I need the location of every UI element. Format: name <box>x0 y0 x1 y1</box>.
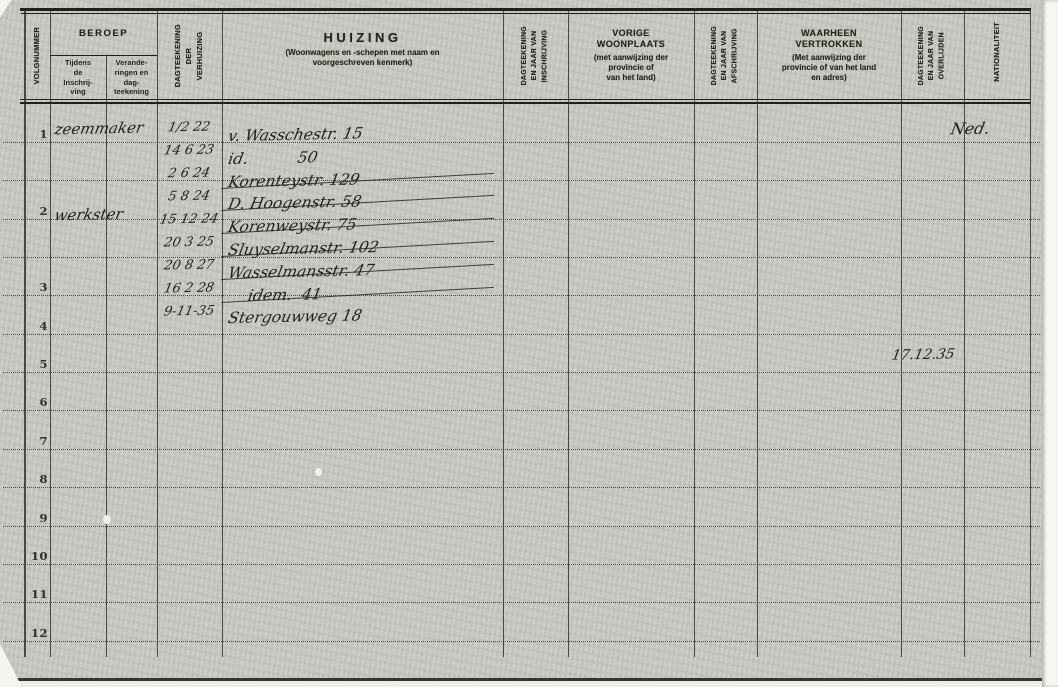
dotted-row-line <box>3 372 1040 373</box>
header-bottom-rule-thick <box>20 102 1031 104</box>
dotted-row-line <box>3 410 1040 411</box>
column-header-dagteekening-afschrijving: DAGTEEKENING EN JAAR VAN AFSCHRIJVING <box>694 12 757 99</box>
handwritten-moving-date: 20 8 27 <box>154 257 223 273</box>
handwritten-dwelling-address: D. Hoogenstr. 58 <box>227 189 532 213</box>
handwritten-moving-date: 16 2 28 <box>154 280 223 296</box>
dotted-row-line <box>3 641 1040 642</box>
column-header-volgnummer: VOLGNUMMER <box>24 12 50 99</box>
waarheen-vertrokken-sub-label: (Met aanwijzing der provincie of van het… <box>782 53 876 83</box>
handwritten-dwelling-address: Wasselmansstr. 47 <box>227 258 532 282</box>
beroep-tijdens-label: Tijdens de Inschrij- ving <box>63 58 92 97</box>
scan-artifact-speck <box>315 468 322 476</box>
dotted-row-line <box>3 487 1040 488</box>
handwritten-dwelling-address: Korenteystr. 129 <box>227 166 532 190</box>
torn-corner-top-left <box>0 0 16 18</box>
beroep-veranderingen-label: Verande- ringen en dag- teekening <box>114 58 149 97</box>
handwritten-dwelling-address: Stergouwweg 18 <box>227 303 532 327</box>
huizing-label: HUIZING <box>324 30 402 45</box>
column-header-vorige-woonplaats: VORIGE WOONPLAATS (met aanwijzing der pr… <box>568 12 694 99</box>
waarheen-vertrokken-label: WAARHEEN VERTROKKEN <box>795 28 862 51</box>
scan-artifact-speck <box>103 515 111 524</box>
dotted-row-line <box>3 334 1040 335</box>
column-header-dagteekening-inschrijving: DAGTEEKENING EN JAAR VAN INSCHRIJVING <box>503 12 568 99</box>
handwritten-dwelling-address: Sluyselmanstr. 102 <box>227 235 532 259</box>
row-number: 9 <box>0 511 48 525</box>
row-number: 12 <box>0 626 48 640</box>
header-bottom-rule-thin <box>20 99 1031 100</box>
column-header-dagteekening-overlijden: DAGTEEKENING EN JAAR VAN OVERLIJDEN <box>901 12 964 99</box>
handwritten-dwelling-address: idem. 41 <box>227 280 532 304</box>
handwritten-moving-date: 1/2 22 <box>154 119 223 135</box>
row-number: 2 <box>0 204 48 218</box>
row-number: 3 <box>0 280 48 294</box>
row-number: 11 <box>0 587 48 601</box>
handwritten-dwelling-address: Korenweystr. 75 <box>227 212 532 236</box>
handwritten-moving-date: 2 6 24 <box>154 165 223 181</box>
handwritten-dwelling-address: id. 50 <box>227 144 532 168</box>
handwritten-moving-date: 20 3 25 <box>154 234 223 250</box>
register-scan-page: 123456789101112 VOLGNUMMER BEROEP Tijden… <box>0 0 1058 687</box>
scan-right-margin <box>1042 0 1058 687</box>
nationaliteit-label: NATIONALITEIT <box>992 22 1003 82</box>
column-header-nationaliteit: NATIONALITEIT <box>964 12 1030 99</box>
row-number: 7 <box>0 434 48 448</box>
handwritten-moving-date: 9-11-35 <box>154 303 223 319</box>
handwritten-moving-date: 14 6 23 <box>154 142 223 158</box>
dagteekening-verhuizing-label: DAGTEEKENING DER VERHUIZING <box>173 24 206 87</box>
column-header-huizing: HUIZING (Woonwagens en -schepen met naam… <box>222 16 503 96</box>
column-header-dagteekening-verhuizing: DAGTEEKENING DER VERHUIZING <box>157 12 222 99</box>
table-top-rule-thick <box>20 8 1031 11</box>
scan-bottom-margin <box>0 681 1044 687</box>
handwritten-moving-date: 15 12 24 <box>154 211 223 227</box>
volgnummer-label: VOLGNUMMER <box>32 27 43 85</box>
row-number: 1 <box>0 127 48 141</box>
dagteekening-inschrijving-label: DAGTEEKENING EN JAAR VAN INSCHRIJVING <box>520 26 550 85</box>
dotted-row-line <box>3 564 1040 565</box>
column-line <box>106 55 107 657</box>
beroep-label: BEROEP <box>79 28 128 39</box>
dagteekening-overlijden-label: DAGTEEKENING EN JAAR VAN OVERLIJDEN <box>917 26 947 85</box>
huizing-sub-label: (Woonwagens en -schepen met naam en voor… <box>285 48 439 68</box>
dagteekening-afschrijving-label: DAGTEEKENING EN JAAR VAN AFSCHRIJVING <box>710 26 740 85</box>
column-header-beroep-tijdens: Tijdens de Inschrij- ving <box>50 56 106 99</box>
handwritten-moving-date: 5 8 24 <box>154 188 223 204</box>
handwritten-death-date: 17.12.35 <box>890 346 956 363</box>
vorige-woonplaats-label: VORIGE WOONPLAATS <box>597 28 665 51</box>
column-header-beroep: BEROEP <box>50 12 157 54</box>
row-number: 8 <box>0 472 48 486</box>
row-number: 4 <box>0 319 48 333</box>
dotted-row-line <box>3 526 1040 527</box>
row-number: 10 <box>0 549 48 563</box>
column-header-beroep-veranderingen: Verande- ringen en dag- teekening <box>106 56 157 99</box>
dotted-row-line <box>3 449 1040 450</box>
handwritten-nationality: Ned. <box>949 119 992 139</box>
dotted-row-line <box>3 602 1040 603</box>
row-number: 5 <box>0 357 48 371</box>
row-number: 6 <box>0 395 48 409</box>
vorige-woonplaats-sub-label: (met aanwijzing der provincie of van het… <box>594 53 668 83</box>
column-header-waarheen-vertrokken: WAARHEEN VERTROKKEN (Met aanwijzing der … <box>757 12 901 99</box>
